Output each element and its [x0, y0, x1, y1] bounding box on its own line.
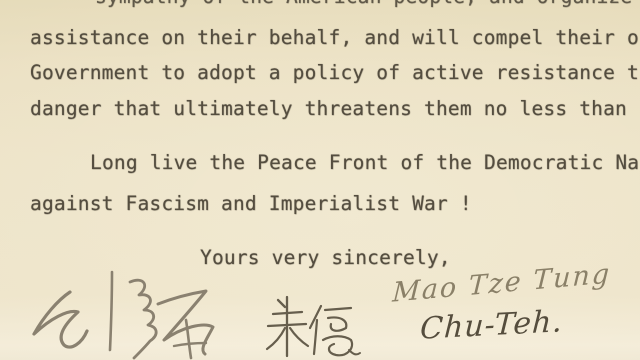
typed-line-clipped-top: sympathy of the American people, and org…: [95, 0, 640, 8]
signature-mao-chinese-calligraphy: [8, 262, 238, 360]
typed-line-2: Government to adopt a policy of active r…: [30, 62, 639, 84]
typed-line-1: assistance on their behalf, and will com…: [30, 27, 639, 49]
signature-chu-teh-latin: Chu-Teh.: [419, 304, 564, 347]
typed-line-3: danger that ultimately threatens them no…: [30, 98, 627, 120]
typed-line-5: against Fascism and Imperialist War !: [30, 193, 472, 215]
typed-line-4: Long live the Peace Front of the Democra…: [90, 152, 639, 174]
letter-scan: sympathy of the American people, and org…: [0, 0, 640, 360]
signature-zhu-de-chinese: [265, 292, 365, 360]
